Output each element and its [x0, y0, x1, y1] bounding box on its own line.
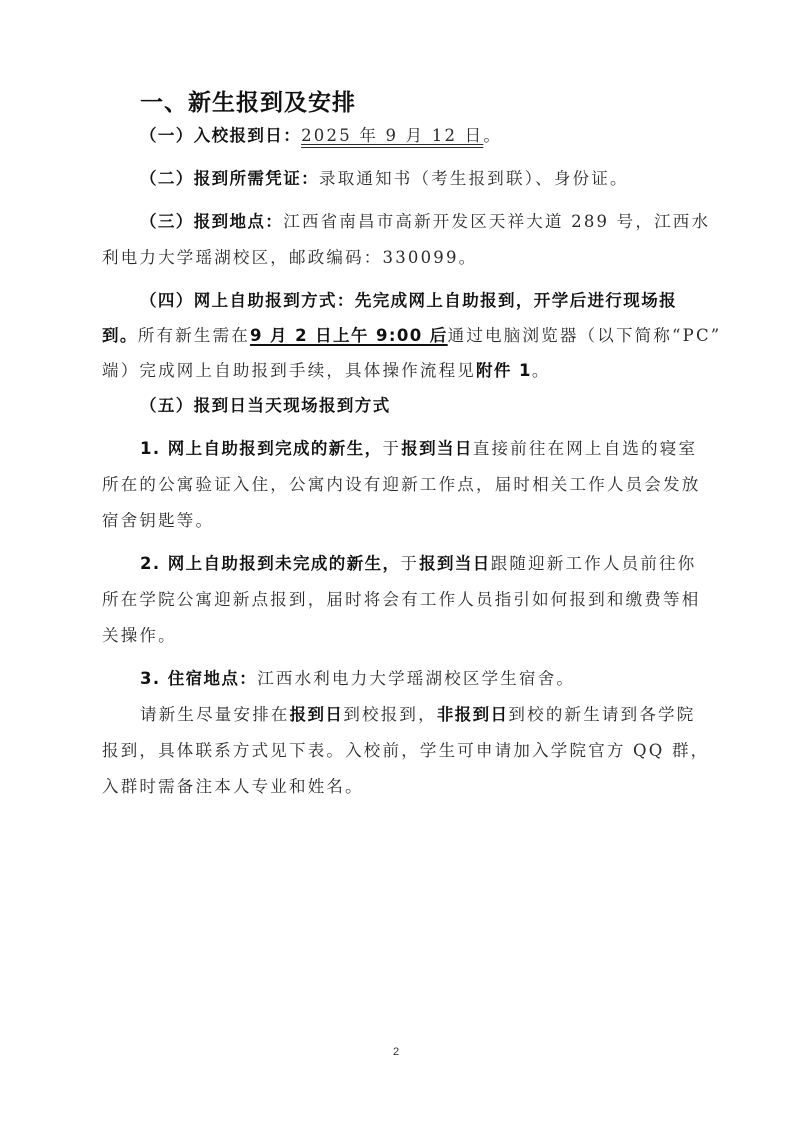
text: 到校的新生请到各学院 [508, 705, 695, 724]
page-number: 2 [393, 1046, 399, 1058]
item-location: （三）报到地点：江西省南昌市高新开发区天祥大道 289 号，江西水 [140, 210, 740, 234]
sub-label: 1. 网上自助报到完成的新生， [140, 439, 383, 458]
text: 跟随迎新工作人员前往你 [491, 554, 697, 573]
text: 直接前往在网上自选的寝室 [473, 439, 697, 458]
item-online-checkin-cont: 到。所有新生需在9 月 2 日上午 9:00 后通过电脑浏览器（以下简称“PC” [102, 324, 702, 348]
item-value: 录取通知书（考生报到联）、身份证。 [319, 169, 629, 188]
sub-label: 3. 住宿地点： [140, 669, 257, 688]
text: 江西水利电力大学瑶湖校区学生宿舍。 [257, 669, 575, 688]
bold-text: 非报到日 [437, 705, 509, 724]
item-label: （一）入校报到日： [140, 126, 301, 145]
punct: 。 [532, 361, 551, 380]
item-report-date: （一）入校报到日：2025 年 9 月 12 日。 [140, 124, 740, 148]
item-documents: （二）报到所需凭证：录取通知书（考生报到联）、身份证。 [140, 167, 740, 191]
sub-item-2-cont: 所在学院公寓迎新点报到，届时将会有工作人员指引如何报到和缴费等相 [102, 588, 702, 612]
item-value: 江西省南昌市高新开发区天祥大道 289 号，江西水 [283, 212, 710, 231]
text: 所有新生需在 [138, 326, 250, 345]
text: 于 [400, 554, 419, 573]
sub-item-1-cont: 所在的公寓验证入住，公寓内设有迎新工作点，届时相关工作人员会发放 [102, 473, 702, 497]
sub-item-1-cont2: 宿舍钥匙等。 [102, 509, 702, 533]
note-paragraph-cont: 报到，具体联系方式见下表。入校前，学生可申请加入学院官方 QQ 群， [102, 739, 702, 763]
text: 于 [383, 439, 402, 458]
note-paragraph: 请新生尽量安排在报到日到校报到，非报到日到校的新生请到各学院 [140, 703, 740, 727]
item-location-cont: 利电力大学瑶湖校区，邮政编码：330099。 [102, 246, 702, 270]
item-label: （四）网上自助报到方式： [140, 291, 355, 310]
section-title: 一、新生报到及安排 [140, 84, 356, 117]
sub-label: 2. 网上自助报到未完成的新生， [140, 554, 400, 573]
note-paragraph-cont2: 入群时需备注本人专业和姓名。 [102, 775, 702, 799]
sub-item-3: 3. 住宿地点：江西水利电力大学瑶湖校区学生宿舍。 [140, 667, 740, 691]
sub-item-1: 1. 网上自助报到完成的新生，于报到当日直接前往在网上自选的寝室 [140, 437, 740, 461]
item-online-checkin-cont2: 端）完成网上自助报到手续，具体操作流程见附件 1。 [102, 359, 702, 383]
bold-text: 报到日 [290, 705, 344, 724]
checkin-time: 9 月 2 日上午 9:00 后 [250, 326, 448, 345]
sub-item-2: 2. 网上自助报到未完成的新生，于报到当日跟随迎新工作人员前往你 [140, 552, 740, 576]
item-online-checkin: （四）网上自助报到方式：先完成网上自助报到，开学后进行现场报 [140, 289, 740, 313]
item-label: （三）报到地点： [140, 212, 283, 231]
text: 通过电脑浏览器（以下简称“PC” [448, 326, 722, 345]
punct: 。 [483, 126, 502, 145]
text: 到校报到， [343, 705, 437, 724]
report-date: 2025 年 9 月 12 日 [301, 126, 483, 145]
document-page: 一、新生报到及安排 （一）入校报到日：2025 年 9 月 12 日。 （二）报… [0, 0, 800, 1132]
bold-text: 报到当日 [419, 554, 491, 573]
bold-text: 报到当日 [401, 439, 473, 458]
attachment-ref: 附件 1 [476, 361, 532, 380]
item-bold-text: 先完成网上自助报到，开学后进行现场报 [355, 291, 677, 310]
item-label: （二）报到所需凭证： [140, 169, 319, 188]
item-bold-text: 到。 [102, 326, 138, 345]
text: 端）完成网上自助报到手续，具体操作流程见 [102, 361, 476, 380]
text: 请新生尽量安排在 [140, 705, 290, 724]
item-label: （五）报到日当天现场报到方式 [140, 396, 391, 415]
sub-item-2-cont2: 关操作。 [102, 624, 702, 648]
item-onsite-checkin: （五）报到日当天现场报到方式 [140, 394, 740, 418]
